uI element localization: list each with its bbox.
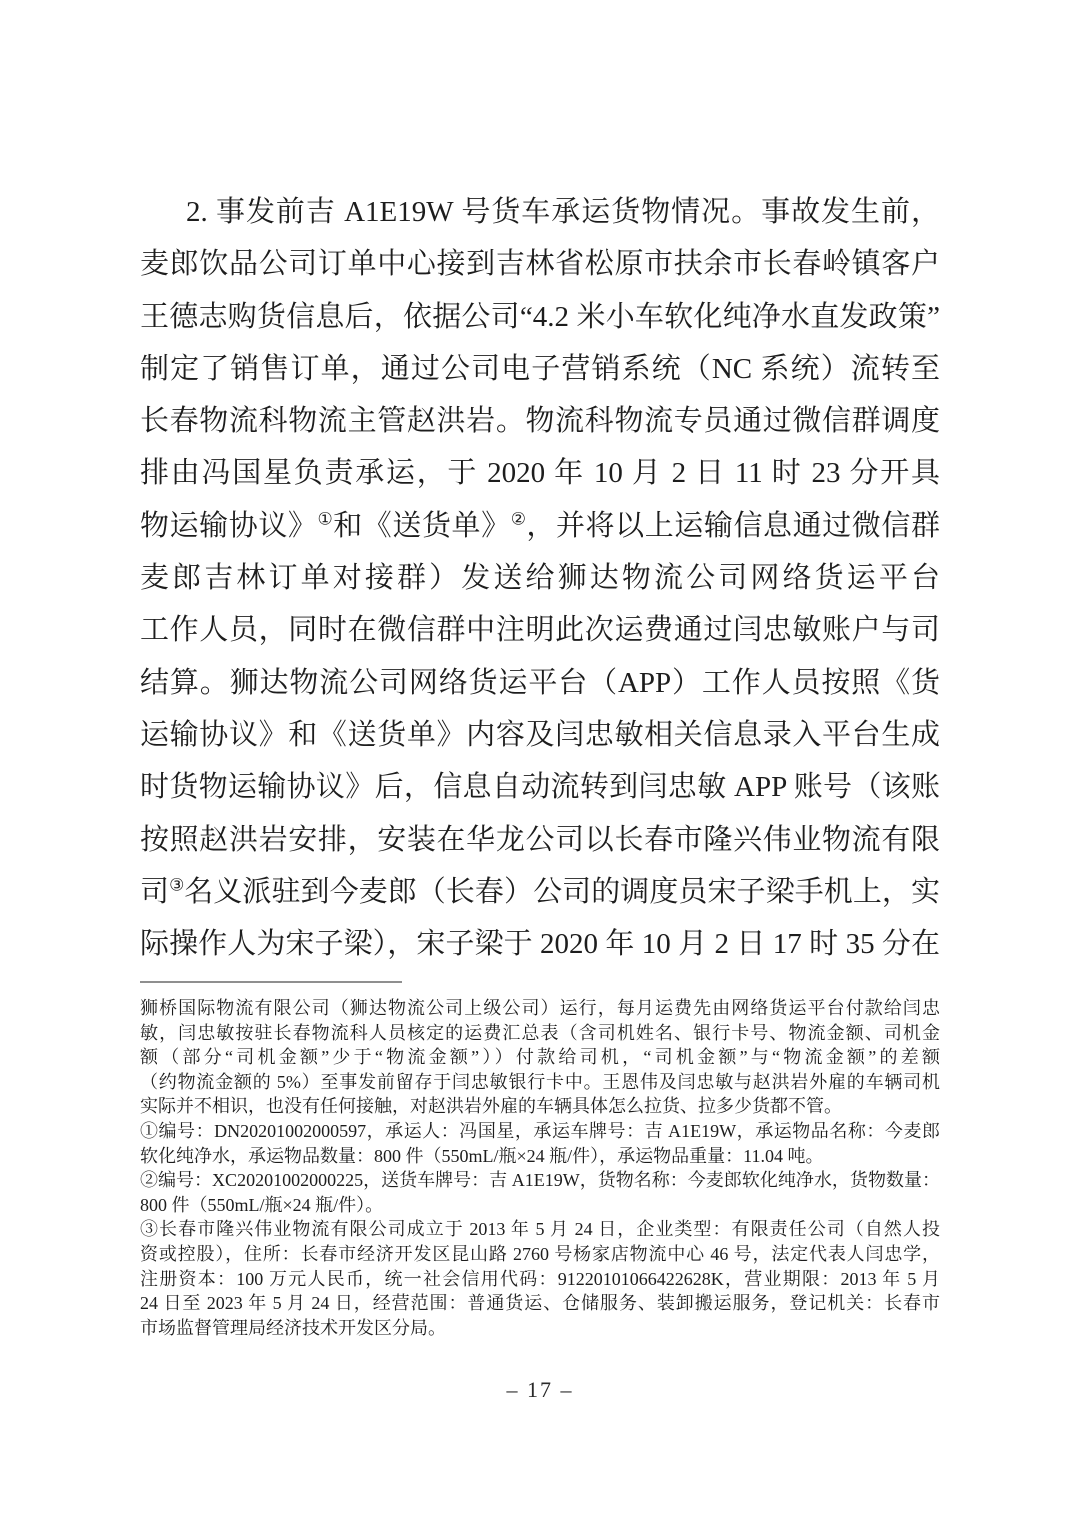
body-line: 麦郎吉林订单对接群）发送给狮达物流公司网络货运平台（APP） xyxy=(140,552,940,604)
body-line: 制定了销售订单，通过公司电子营销系统（NC 系统）流转至驻 xyxy=(140,343,940,395)
footnote-line: 敏，闫忠敏按驻长春物流科人员核定的运费汇总表（含司机姓名、银行卡号、物流金额、司… xyxy=(140,1021,940,1046)
body-paragraph: 2. 事发前吉 A1E19W 号货车承运货物情况。事故发生前，今 麦郎饮品公司订… xyxy=(140,186,940,970)
footnotes: 狮桥国际物流有限公司（狮达物流公司上级公司）运行，每月运费先由网络货运平台付款给… xyxy=(140,996,940,1340)
footnote-line: 24 日至 2023 年 5 月 24 日，经营范围：普通货运、仓储服务、装卸搬… xyxy=(140,1291,940,1316)
body-line: 麦郎饮品公司订单中心接到吉林省松原市扶余市长春岭镇客户 xyxy=(140,238,940,290)
body-line: 际操作人为宋子梁），宋子梁于 2020 年 10 月 2 日 17 时 35 分… xyxy=(140,918,940,970)
footnote-line: 800 件（550mL/瓶×24 瓶/件）。 xyxy=(140,1193,940,1218)
footnote-line: ①编号：DN20201002000597，承运人：冯国星，承运车牌号：吉 A1E… xyxy=(140,1119,940,1144)
document-page: 2. 事发前吉 A1E19W 号货车承运货物情况。事故发生前，今 麦郎饮品公司订… xyxy=(0,0,1080,1527)
footnote-line: 注册资本：100 万元人民币，统一社会信用代码：9122010106642262… xyxy=(140,1267,940,1292)
body-line: 物运输协议》①和《送货单》②，并将以上运输信息通过微信群（今 xyxy=(140,500,940,552)
body-line: 运输协议》和《送货单》内容及闫忠敏相关信息录入平台生成《临 xyxy=(140,709,940,761)
footnote-line: 狮桥国际物流有限公司（狮达物流公司上级公司）运行，每月运费先由网络货运平台付款给… xyxy=(140,996,940,1021)
body-line: 按照赵洪岩安排，安装在华龙公司以长春市隆兴伟业物流有限公 xyxy=(140,814,940,866)
body-line: 时货物运输协议》后，信息自动流转到闫忠敏 APP 账号（该账号 xyxy=(140,761,940,813)
footnote-line: 资或控股），住所：长春市经济开发区昆山路 2760 号杨家店物流中心 46 号，… xyxy=(140,1242,940,1267)
body-line: 工作人员，同时在微信群中注明此次运费通过闫忠敏账户与司机 xyxy=(140,604,940,656)
body-line: 王德志购货信息后，依据公司“4.2 米小车软化纯净水直发政策” xyxy=(140,291,940,343)
body-line: 2. 事发前吉 A1E19W 号货车承运货物情况。事故发生前，今 xyxy=(140,186,940,238)
footnote-line: （约物流金额的 5%）至事发前留存于闫忠敏银行卡中。王恩伟及闫忠敏与赵洪岩外雇的… xyxy=(140,1070,940,1095)
body-line: 结算。狮达物流公司网络货运平台（APP）工作人员按照《货物 xyxy=(140,657,940,709)
footnote-line: ③长春市隆兴伟业物流有限公司成立于 2013 年 5 月 24 日，企业类型：有… xyxy=(140,1217,940,1242)
footnote-line: 市场监督管理局经济技术开发区分局。 xyxy=(140,1316,940,1341)
body-line: 排由冯国星负责承运，于 2020 年 10 月 2 日 11 时 23 分开具《… xyxy=(140,447,940,499)
footnote-separator xyxy=(140,981,402,983)
body-line: 长春物流科物流主管赵洪岩。物流科物流专员通过微信群调度安 xyxy=(140,395,940,447)
footnote-line: 实际并不相识，也没有任何接触，对赵洪岩外雇的车辆具体怎么拉货、拉多少货都不管。 xyxy=(140,1094,940,1119)
page-number: – 17 – xyxy=(0,1376,1080,1404)
body-line: 司③名义派驻到今麦郎（长春）公司的调度员宋子梁手机上，实 xyxy=(140,866,940,918)
footnote-line: 软化纯净水，承运物品数量：800 件（550mL/瓶×24 瓶/件），承运物品重… xyxy=(140,1144,940,1169)
footnote-line: ②编号：XC20201002000225，送货车牌号：吉 A1E19W，货物名称… xyxy=(140,1168,940,1193)
footnote-line: 额（部分“司机金额”少于“物流金额”））付款给司机，“司机金额”与“物流金额”的… xyxy=(140,1045,940,1070)
